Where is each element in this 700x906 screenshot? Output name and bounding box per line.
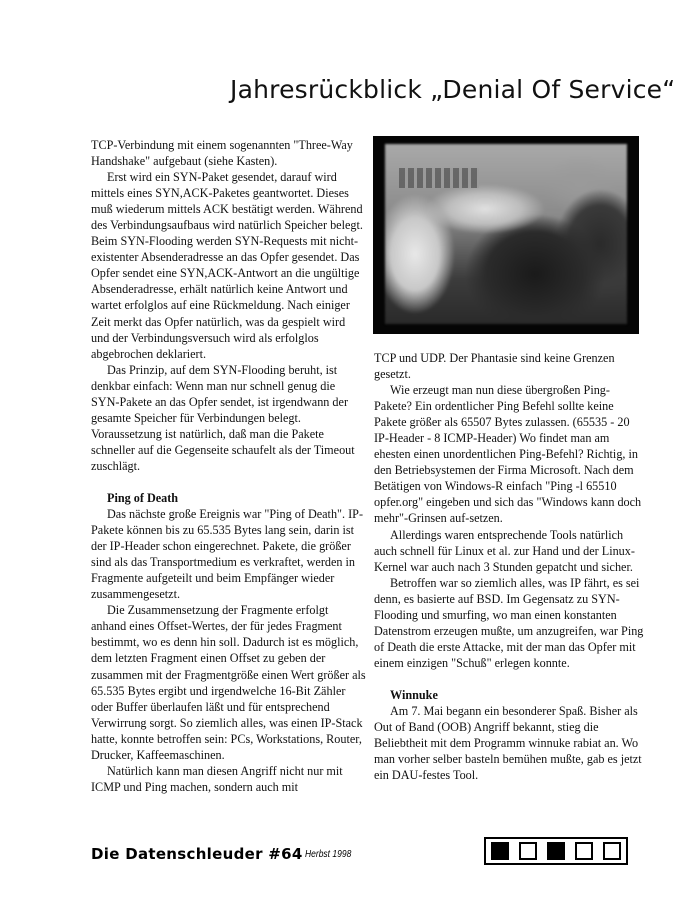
paragraph: Allerdings waren entsprechende Tools nat… [374,527,644,575]
empty-square-icon [575,842,593,860]
issue-date: Herbst 1998 [305,849,351,860]
photo-overlay-text [399,168,479,188]
page-title: Jahresrückblick „Denial Of Service“ [230,75,640,104]
filled-square-icon [491,842,509,860]
left-column: TCP-Verbindung mit einem sogenannten "Th… [91,137,366,795]
paragraph: Am 7. Mai begann ein besonderer Spaß. Bi… [374,703,644,783]
empty-square-icon [603,842,621,860]
publication-name: Die Datenschleuder #64 [91,845,303,863]
empty-square-icon [519,842,537,860]
section-heading-winnuke: Winnuke [374,687,644,703]
paragraph: Wie erzeugt man nun diese übergroßen Pin… [374,382,644,526]
article-photo [373,136,639,334]
paragraph: Betroffen war so ziemlich alles, was IP … [374,575,644,671]
right-column: TCP und UDP. Der Phantasie sind keine Gr… [374,350,644,783]
paragraph: Natürlich kann man diesen Angriff nicht … [91,763,366,795]
filled-square-icon [547,842,565,860]
paragraph: TCP-Verbindung mit einem sogenannten "Th… [91,137,366,169]
paragraph: TCP und UDP. Der Phantasie sind keine Gr… [374,350,644,382]
paragraph: Das nächste große Ereignis war "Ping of … [91,506,366,602]
paragraph: Die Zusammensetzung der Fragmente erfolg… [91,602,366,762]
section-heading-ping-of-death: Ping of Death [91,490,366,506]
paragraph: Erst wird ein SYN-Paket gesendet, darauf… [91,169,366,362]
paragraph: Das Prinzip, auf dem SYN-Flooding beruht… [91,362,366,474]
page-marker-squares [484,837,628,865]
